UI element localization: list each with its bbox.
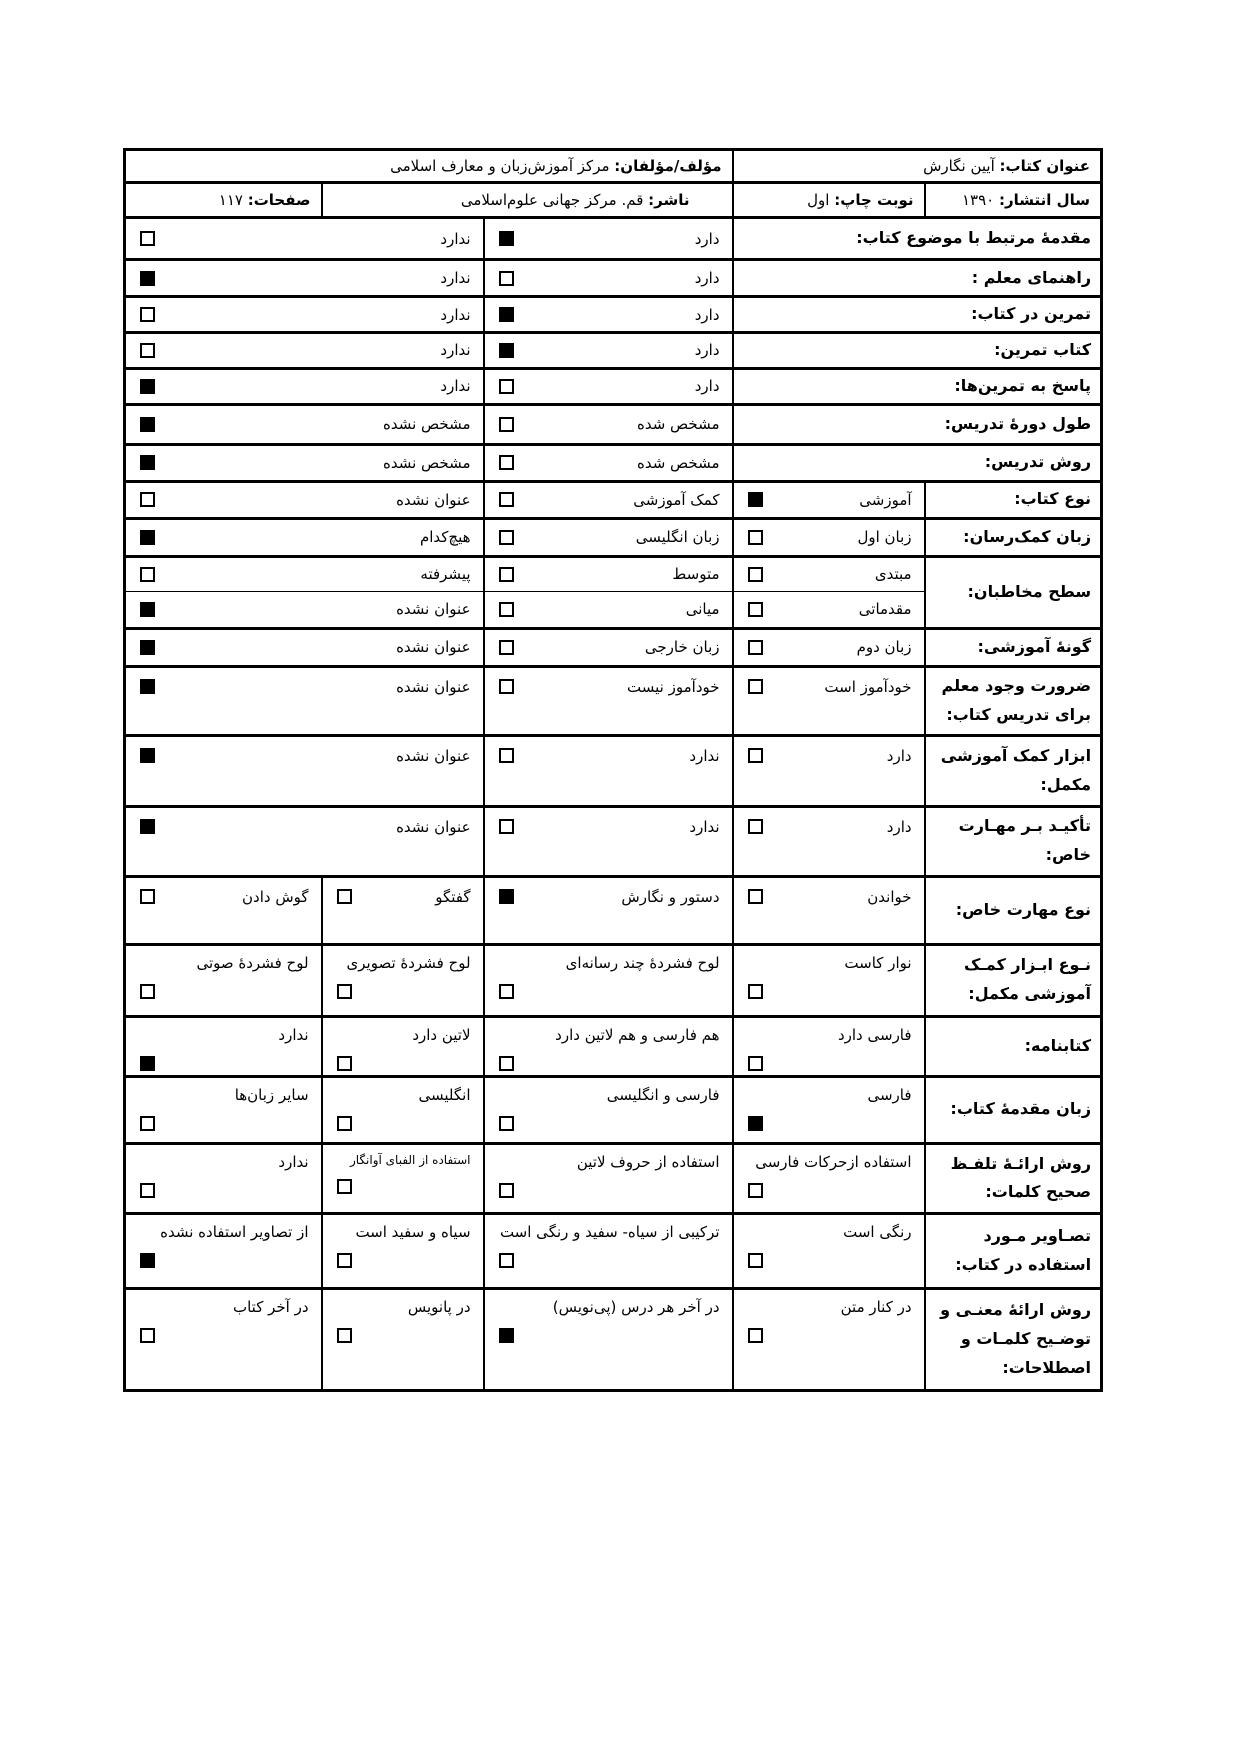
checkbox[interactable] — [140, 271, 155, 286]
option-cell: دستور و نگارش — [484, 876, 733, 944]
option-label: انگلیسی — [323, 1078, 483, 1105]
row-answers: پاسخ به تمرین‌ها: دارد ندارد — [125, 368, 1102, 404]
option-label: لاتین دارد — [323, 1018, 483, 1045]
row-label: طول دورۀ تدریس: — [733, 404, 1102, 444]
option-label: زبان دوم — [857, 638, 912, 656]
row-label: مقدمۀ مرتبط با موضوع کتاب: — [733, 218, 1102, 260]
option-cell: عنوان نشده — [125, 806, 484, 876]
option-label: مشخص شده — [637, 454, 720, 472]
option-label: فارسی — [734, 1078, 924, 1105]
option-label: کمک آموزشی — [633, 491, 719, 509]
option-cell: ندارد — [125, 260, 484, 297]
checkbox[interactable] — [499, 1056, 514, 1071]
row-meaning-method: روش ارائۀ معنـی و توضـیح کلمـات و اصطلاح… — [125, 1288, 1102, 1390]
row-label: گونۀ آموزشی: — [925, 628, 1102, 666]
pages-value: ۱۱۷ — [219, 191, 243, 209]
option-cell: نوار کاست — [733, 944, 925, 1016]
option-label: عنوان نشده — [396, 491, 470, 509]
option-cell: استفاده از الفبای آوانگار — [322, 1143, 484, 1213]
checkbox[interactable] — [748, 1328, 763, 1343]
option-label: لوح فشردۀ چند رسانه‌ای — [485, 946, 732, 973]
option-label: استفاده از حروف لاتین — [485, 1145, 732, 1172]
checkbox[interactable] — [140, 819, 155, 834]
row-teacher-necessity: ضرورت وجود معلم برای تدریس کتاب: خودآموز… — [125, 666, 1102, 735]
option-cell: خودآموز است — [733, 666, 925, 735]
option-label: عنوان نشده — [396, 600, 470, 618]
option-label: خواندن — [867, 888, 911, 906]
option-label: دارد — [695, 341, 720, 359]
publisher-cell: ناشر: قم. مرکز جهانی علوم‌اسلامی — [322, 183, 733, 218]
option-cell: از تصاویر استفاده نشده — [125, 1213, 322, 1288]
option-label: هم فارسی و هم لاتین دارد — [485, 1018, 732, 1045]
row-label: پاسخ به تمرین‌ها: — [733, 368, 1102, 404]
option-label: فارسی دارد — [734, 1018, 924, 1045]
option-cell: عنوان نشده — [125, 481, 484, 518]
option-cell: در کنار متن — [733, 1288, 925, 1390]
checkbox[interactable] — [499, 417, 514, 432]
option-cell: در پانویس — [322, 1288, 484, 1390]
checkbox[interactable] — [499, 271, 514, 286]
option-cell: زبان خارجی — [484, 628, 733, 666]
checkbox[interactable] — [499, 567, 514, 582]
option-label: استفاده از الفبای آوانگار — [323, 1145, 483, 1168]
row-label: زبان مقدمۀ کتاب: — [925, 1076, 1102, 1143]
checkbox[interactable] — [140, 455, 155, 470]
option-label: گفتگو — [435, 888, 470, 906]
option-cell: فارسی و انگلیسی — [484, 1076, 733, 1143]
option-cell: ترکیبی از سیاه- سفید و رنگی است — [484, 1213, 733, 1288]
row-label: نوع کتاب: — [925, 481, 1102, 518]
option-cell: دارد — [484, 333, 733, 369]
option-cell: رنگی است — [733, 1213, 925, 1288]
checkbox[interactable] — [140, 307, 155, 322]
book-title-label: عنوان کتاب: — [1000, 157, 1091, 175]
option-label: مشخص نشده — [383, 415, 471, 433]
pages-cell: صفحات: ۱۱۷ — [125, 183, 322, 218]
row-tool-type: نـوع ابـزار کمـک آموزشی مکمل: نوار کاست … — [125, 944, 1102, 1016]
checkbox[interactable] — [140, 379, 155, 394]
option-cell: ندارد — [125, 1016, 322, 1076]
option-cell: سایر زبان‌ها — [125, 1076, 322, 1143]
option-label: ندارد — [126, 1145, 321, 1172]
option-label: سیاه و سفید است — [323, 1215, 483, 1242]
option-label: متوسط — [672, 565, 719, 583]
option-cell: زبان انگلیسی — [484, 518, 733, 556]
checkbox[interactable] — [499, 379, 514, 394]
option-cell: پیشرفته — [125, 556, 484, 591]
option-cell: سیاه و سفید است — [322, 1213, 484, 1288]
option-label: دستور و نگارش — [621, 888, 719, 906]
option-cell: ندارد — [125, 333, 484, 369]
row-images-used: تصـاویر مـورد استفاده در کتاب: رنگی است … — [125, 1213, 1102, 1288]
option-cell: گفتگو — [322, 876, 484, 944]
checkbox[interactable] — [748, 748, 763, 763]
checkbox[interactable] — [748, 819, 763, 834]
row-skill-type: نوع مهارت خاص: خواندن دستور و نگارش گفتگ… — [125, 876, 1102, 944]
checkbox[interactable] — [140, 984, 155, 999]
checkbox[interactable] — [748, 1056, 763, 1071]
checkbox[interactable] — [499, 231, 514, 246]
option-label: پیشرفته — [420, 565, 470, 583]
row-label: تأکیـد بـر مهـارت خاص: — [925, 806, 1102, 876]
option-cell: استفاده از حروف لاتین — [484, 1143, 733, 1213]
option-cell: ندارد — [125, 1143, 322, 1213]
checkbox[interactable] — [499, 455, 514, 470]
checkbox[interactable] — [140, 417, 155, 432]
option-cell: لاتین دارد — [322, 1016, 484, 1076]
option-cell: لوح فشردۀ صوتی — [125, 944, 322, 1016]
option-cell: خودآموز نیست — [484, 666, 733, 735]
row-skill-emphasis: تأکیـد بـر مهـارت خاص: دارد ندارد عنوان … — [125, 806, 1102, 876]
option-label: ندارد — [440, 341, 470, 359]
option-label: ندارد — [689, 818, 719, 836]
row-label: کتابنامه: — [925, 1016, 1102, 1076]
option-label: نوار کاست — [734, 946, 924, 973]
checkbox[interactable] — [337, 1116, 352, 1131]
option-label: رنگی است — [734, 1215, 924, 1242]
option-label: دارد — [695, 377, 720, 395]
checkbox[interactable] — [140, 748, 155, 763]
checkbox[interactable] — [337, 1253, 352, 1268]
option-label: دارد — [887, 818, 912, 836]
option-label: خودآموز است — [824, 678, 911, 696]
checkbox[interactable] — [337, 889, 352, 904]
option-cell: دارد — [484, 297, 733, 333]
option-cell: هم فارسی و هم لاتین دارد — [484, 1016, 733, 1076]
checkbox[interactable] — [140, 1183, 155, 1198]
checkbox[interactable] — [499, 307, 514, 322]
option-label: میانی — [686, 600, 720, 618]
checkbox[interactable] — [748, 1183, 763, 1198]
year-cell: سال انتشار: ۱۳۹۰ — [925, 183, 1102, 218]
row-teaching-method: روش تدریس: مشخص شده مشخص نشده — [125, 444, 1102, 481]
table-row: عنوان کتاب: آیین نگارش مؤلف/مؤلفان: مرکز… — [125, 150, 1102, 183]
row-helper-language: زبان کمک‌رسان: زبان اول زبان انگلیسی هیچ… — [125, 518, 1102, 556]
checkbox[interactable] — [499, 889, 514, 904]
row-label: راهنمای معلم : — [733, 260, 1102, 297]
year-value: ۱۳۹۰ — [962, 191, 994, 209]
checkbox[interactable] — [337, 1179, 352, 1194]
row-supplementary-tools: ابزار کمک آموزشی مکمل: دارد ندارد عنوان … — [125, 735, 1102, 806]
row-label: ابزار کمک آموزشی مکمل: — [925, 735, 1102, 806]
row-label: تمرین در کتاب: — [733, 297, 1102, 333]
option-label: فارسی و انگلیسی — [485, 1078, 732, 1105]
checkbox[interactable] — [748, 602, 763, 617]
option-label: در آخر کتاب — [126, 1290, 321, 1317]
option-cell: عنوان نشده — [125, 735, 484, 806]
publisher-value: قم. مرکز جهانی علوم‌اسلامی — [461, 191, 644, 209]
row-label: سطح مخاطبان: — [925, 556, 1102, 628]
option-cell: فارسی — [733, 1076, 925, 1143]
option-cell: مشخص شده — [484, 404, 733, 444]
checkbox[interactable] — [499, 819, 514, 834]
option-label: ندارد — [440, 230, 470, 248]
checkbox[interactable] — [140, 640, 155, 655]
option-cell: هیچ‌کدام — [125, 518, 484, 556]
checkbox[interactable] — [140, 1056, 155, 1071]
option-label: ندارد — [126, 1018, 321, 1045]
checkbox[interactable] — [748, 567, 763, 582]
option-label: سایر زبان‌ها — [126, 1078, 321, 1105]
checkbox[interactable] — [499, 1328, 514, 1343]
checkbox[interactable] — [140, 889, 155, 904]
checkbox[interactable] — [140, 492, 155, 507]
checkbox[interactable] — [140, 602, 155, 617]
option-label: آموزشی — [859, 491, 911, 509]
option-label: دارد — [695, 269, 720, 287]
option-label: زبان اول — [857, 528, 911, 546]
option-label: از تصاویر استفاده نشده — [126, 1215, 321, 1242]
row-label: زبان کمک‌رسان: — [925, 518, 1102, 556]
option-label: در آخر هر درس (پی‌نویس) — [485, 1290, 732, 1317]
publisher-label: ناشر: — [648, 191, 689, 209]
option-cell: مقدماتی — [733, 591, 925, 628]
checkbox[interactable] — [748, 492, 763, 507]
option-cell: لوح فشردۀ چند رسانه‌ای — [484, 944, 733, 1016]
row-course-length: طول دورۀ تدریس: مشخص شده مشخص نشده — [125, 404, 1102, 444]
option-cell: عنوان نشده — [125, 591, 484, 628]
option-label: دارد — [695, 230, 720, 248]
table-row: سال انتشار: ۱۳۹۰ نوبت چاپ: اول ناشر: قم.… — [125, 183, 1102, 218]
option-label: ندارد — [689, 747, 719, 765]
checkbox[interactable] — [499, 343, 514, 358]
author-label: مؤلف/مؤلفان: — [614, 157, 721, 175]
option-cell: دارد — [733, 735, 925, 806]
option-cell: کمک آموزشی — [484, 481, 733, 518]
row-label: تصـاویر مـورد استفاده در کتاب: — [925, 1213, 1102, 1288]
option-label: زبان انگلیسی — [636, 528, 720, 546]
checkbox[interactable] — [499, 530, 514, 545]
row-label: نوع مهارت خاص: — [925, 876, 1102, 944]
row-label: ضرورت وجود معلم برای تدریس کتاب: — [925, 666, 1102, 735]
option-cell: دارد — [733, 806, 925, 876]
row-bibliography: کتابنامه: فارسی دارد هم فارسی و هم لاتین… — [125, 1016, 1102, 1076]
edition-value: اول — [807, 191, 829, 209]
row-related-intro: مقدمۀ مرتبط با موضوع کتاب: دارد ندارد — [125, 218, 1102, 260]
row-book-type: نوع کتاب: آموزشی کمک آموزشی عنوان نشده — [125, 481, 1102, 518]
checkbox[interactable] — [140, 530, 155, 545]
row-exercises-in-book: تمرین در کتاب: دارد ندارد — [125, 297, 1102, 333]
edition-label: نوبت چاپ: — [834, 191, 913, 209]
option-cell: ندارد — [125, 218, 484, 260]
option-label: عنوان نشده — [396, 638, 470, 656]
checkbox[interactable] — [748, 1253, 763, 1268]
option-cell: میانی — [484, 591, 733, 628]
option-cell: گوش دادن — [125, 876, 322, 944]
option-cell: دارد — [484, 260, 733, 297]
option-label: دارد — [887, 747, 912, 765]
option-label: مبتدی — [875, 565, 912, 583]
checkbox[interactable] — [140, 343, 155, 358]
year-label: سال انتشار: — [999, 191, 1090, 209]
checkbox[interactable] — [499, 640, 514, 655]
option-cell: ندارد — [484, 735, 733, 806]
option-cell: زبان دوم — [733, 628, 925, 666]
row-exercise-book: کتاب تمرین: دارد ندارد — [125, 333, 1102, 369]
option-label: هیچ‌کدام — [420, 528, 471, 546]
checkbox[interactable] — [337, 1328, 352, 1343]
option-cell: مبتدی — [733, 556, 925, 591]
checkbox[interactable] — [337, 1056, 352, 1071]
checkbox[interactable] — [748, 640, 763, 655]
option-cell: انگلیسی — [322, 1076, 484, 1143]
option-label: دارد — [695, 306, 720, 324]
option-label: لوح فشردۀ صوتی — [126, 946, 321, 973]
option-label: عنوان نشده — [396, 678, 470, 696]
option-cell: فارسی دارد — [733, 1016, 925, 1076]
row-label: روش تدریس: — [733, 444, 1102, 481]
option-cell: استفاده ازحرکات فارسی — [733, 1143, 925, 1213]
option-label: عنوان نشده — [396, 747, 470, 765]
option-cell: عنوان نشده — [125, 628, 484, 666]
book-title-value: آیین نگارش — [923, 157, 995, 175]
option-cell: ندارد — [125, 297, 484, 333]
option-label: در کنار متن — [734, 1290, 924, 1317]
option-label: ندارد — [440, 377, 470, 395]
option-cell: متوسط — [484, 556, 733, 591]
row-label: کتاب تمرین: — [733, 333, 1102, 369]
checkbox[interactable] — [748, 1116, 763, 1131]
row-education-type: گونۀ آموزشی: زبان دوم زبان خارجی عنوان ن… — [125, 628, 1102, 666]
option-cell: زبان اول — [733, 518, 925, 556]
option-cell: دارد — [484, 368, 733, 404]
checkbox[interactable] — [748, 679, 763, 694]
edition-cell: نوبت چاپ: اول — [733, 183, 925, 218]
checkbox[interactable] — [140, 679, 155, 694]
checkbox[interactable] — [499, 1116, 514, 1131]
checkbox[interactable] — [748, 889, 763, 904]
checkbox[interactable] — [337, 984, 352, 999]
pages-label: صفحات: — [248, 191, 311, 209]
option-label: مقدماتی — [859, 600, 912, 618]
option-label: مشخص نشده — [383, 454, 471, 472]
book-title-cell: عنوان کتاب: آیین نگارش — [733, 150, 1102, 183]
checkbox[interactable] — [499, 492, 514, 507]
option-label: لوح فشردۀ تصویری — [323, 946, 483, 973]
option-label: خودآموز نیست — [627, 678, 719, 696]
option-cell: دارد — [484, 218, 733, 260]
option-cell: مشخص نشده — [125, 444, 484, 481]
option-label: استفاده ازحرکات فارسی — [734, 1145, 924, 1172]
row-label: روش ارائـۀ تلفـظ صحیح کلمات: — [925, 1143, 1102, 1213]
checkbox[interactable] — [499, 1253, 514, 1268]
option-cell: خواندن — [733, 876, 925, 944]
option-label: ترکیبی از سیاه- سفید و رنگی است — [485, 1215, 732, 1242]
row-teacher-guide: راهنمای معلم : دارد ندارد — [125, 260, 1102, 297]
checkbox[interactable] — [140, 231, 155, 246]
row-label: نـوع ابـزار کمـک آموزشی مکمل: — [925, 944, 1102, 1016]
option-cell: در آخر هر درس (پی‌نویس) — [484, 1288, 733, 1390]
option-cell: ندارد — [484, 806, 733, 876]
checkbox[interactable] — [499, 602, 514, 617]
option-cell: لوح فشردۀ تصویری — [322, 944, 484, 1016]
book-info-table: عنوان کتاب: آیین نگارش مؤلف/مؤلفان: مرکز… — [123, 148, 1103, 1392]
option-label: گوش دادن — [242, 888, 309, 906]
checkbox[interactable] — [140, 1253, 155, 1268]
option-label: ندارد — [440, 306, 470, 324]
option-label: در پانویس — [323, 1290, 483, 1317]
option-label: ندارد — [440, 269, 470, 287]
checkbox[interactable] — [499, 679, 514, 694]
document-page: عنوان کتاب: آیین نگارش مؤلف/مؤلفان: مرکز… — [0, 0, 1241, 1755]
row-intro-language: زبان مقدمۀ کتاب: فارسی فارسی و انگلیسی ا… — [125, 1076, 1102, 1143]
option-cell: آموزشی — [733, 481, 925, 518]
option-label: عنوان نشده — [396, 818, 470, 836]
checkbox[interactable] — [748, 530, 763, 545]
option-cell: مشخص شده — [484, 444, 733, 481]
option-cell: ندارد — [125, 368, 484, 404]
option-label: مشخص شده — [637, 415, 720, 433]
row-label: روش ارائۀ معنـی و توضـیح کلمـات و اصطلاح… — [925, 1288, 1102, 1390]
checkbox[interactable] — [140, 1328, 155, 1343]
checkbox[interactable] — [140, 1116, 155, 1131]
checkbox[interactable] — [140, 567, 155, 582]
author-value: مرکز آموزش‌زبان و معارف اسلامی — [390, 157, 609, 175]
checkbox[interactable] — [499, 984, 514, 999]
author-cell: مؤلف/مؤلفان: مرکز آموزش‌زبان و معارف اسل… — [125, 150, 733, 183]
row-audience-level: سطح مخاطبان: مبتدی متوسط پیشرفته — [125, 556, 1102, 591]
option-cell: مشخص نشده — [125, 404, 484, 444]
row-pronunciation-method: روش ارائـۀ تلفـظ صحیح کلمات: استفاده ازح… — [125, 1143, 1102, 1213]
checkbox[interactable] — [499, 748, 514, 763]
checkbox[interactable] — [499, 1183, 514, 1198]
option-cell: عنوان نشده — [125, 666, 484, 735]
checkbox[interactable] — [748, 984, 763, 999]
option-label: زبان خارجی — [645, 638, 720, 656]
option-cell: در آخر کتاب — [125, 1288, 322, 1390]
